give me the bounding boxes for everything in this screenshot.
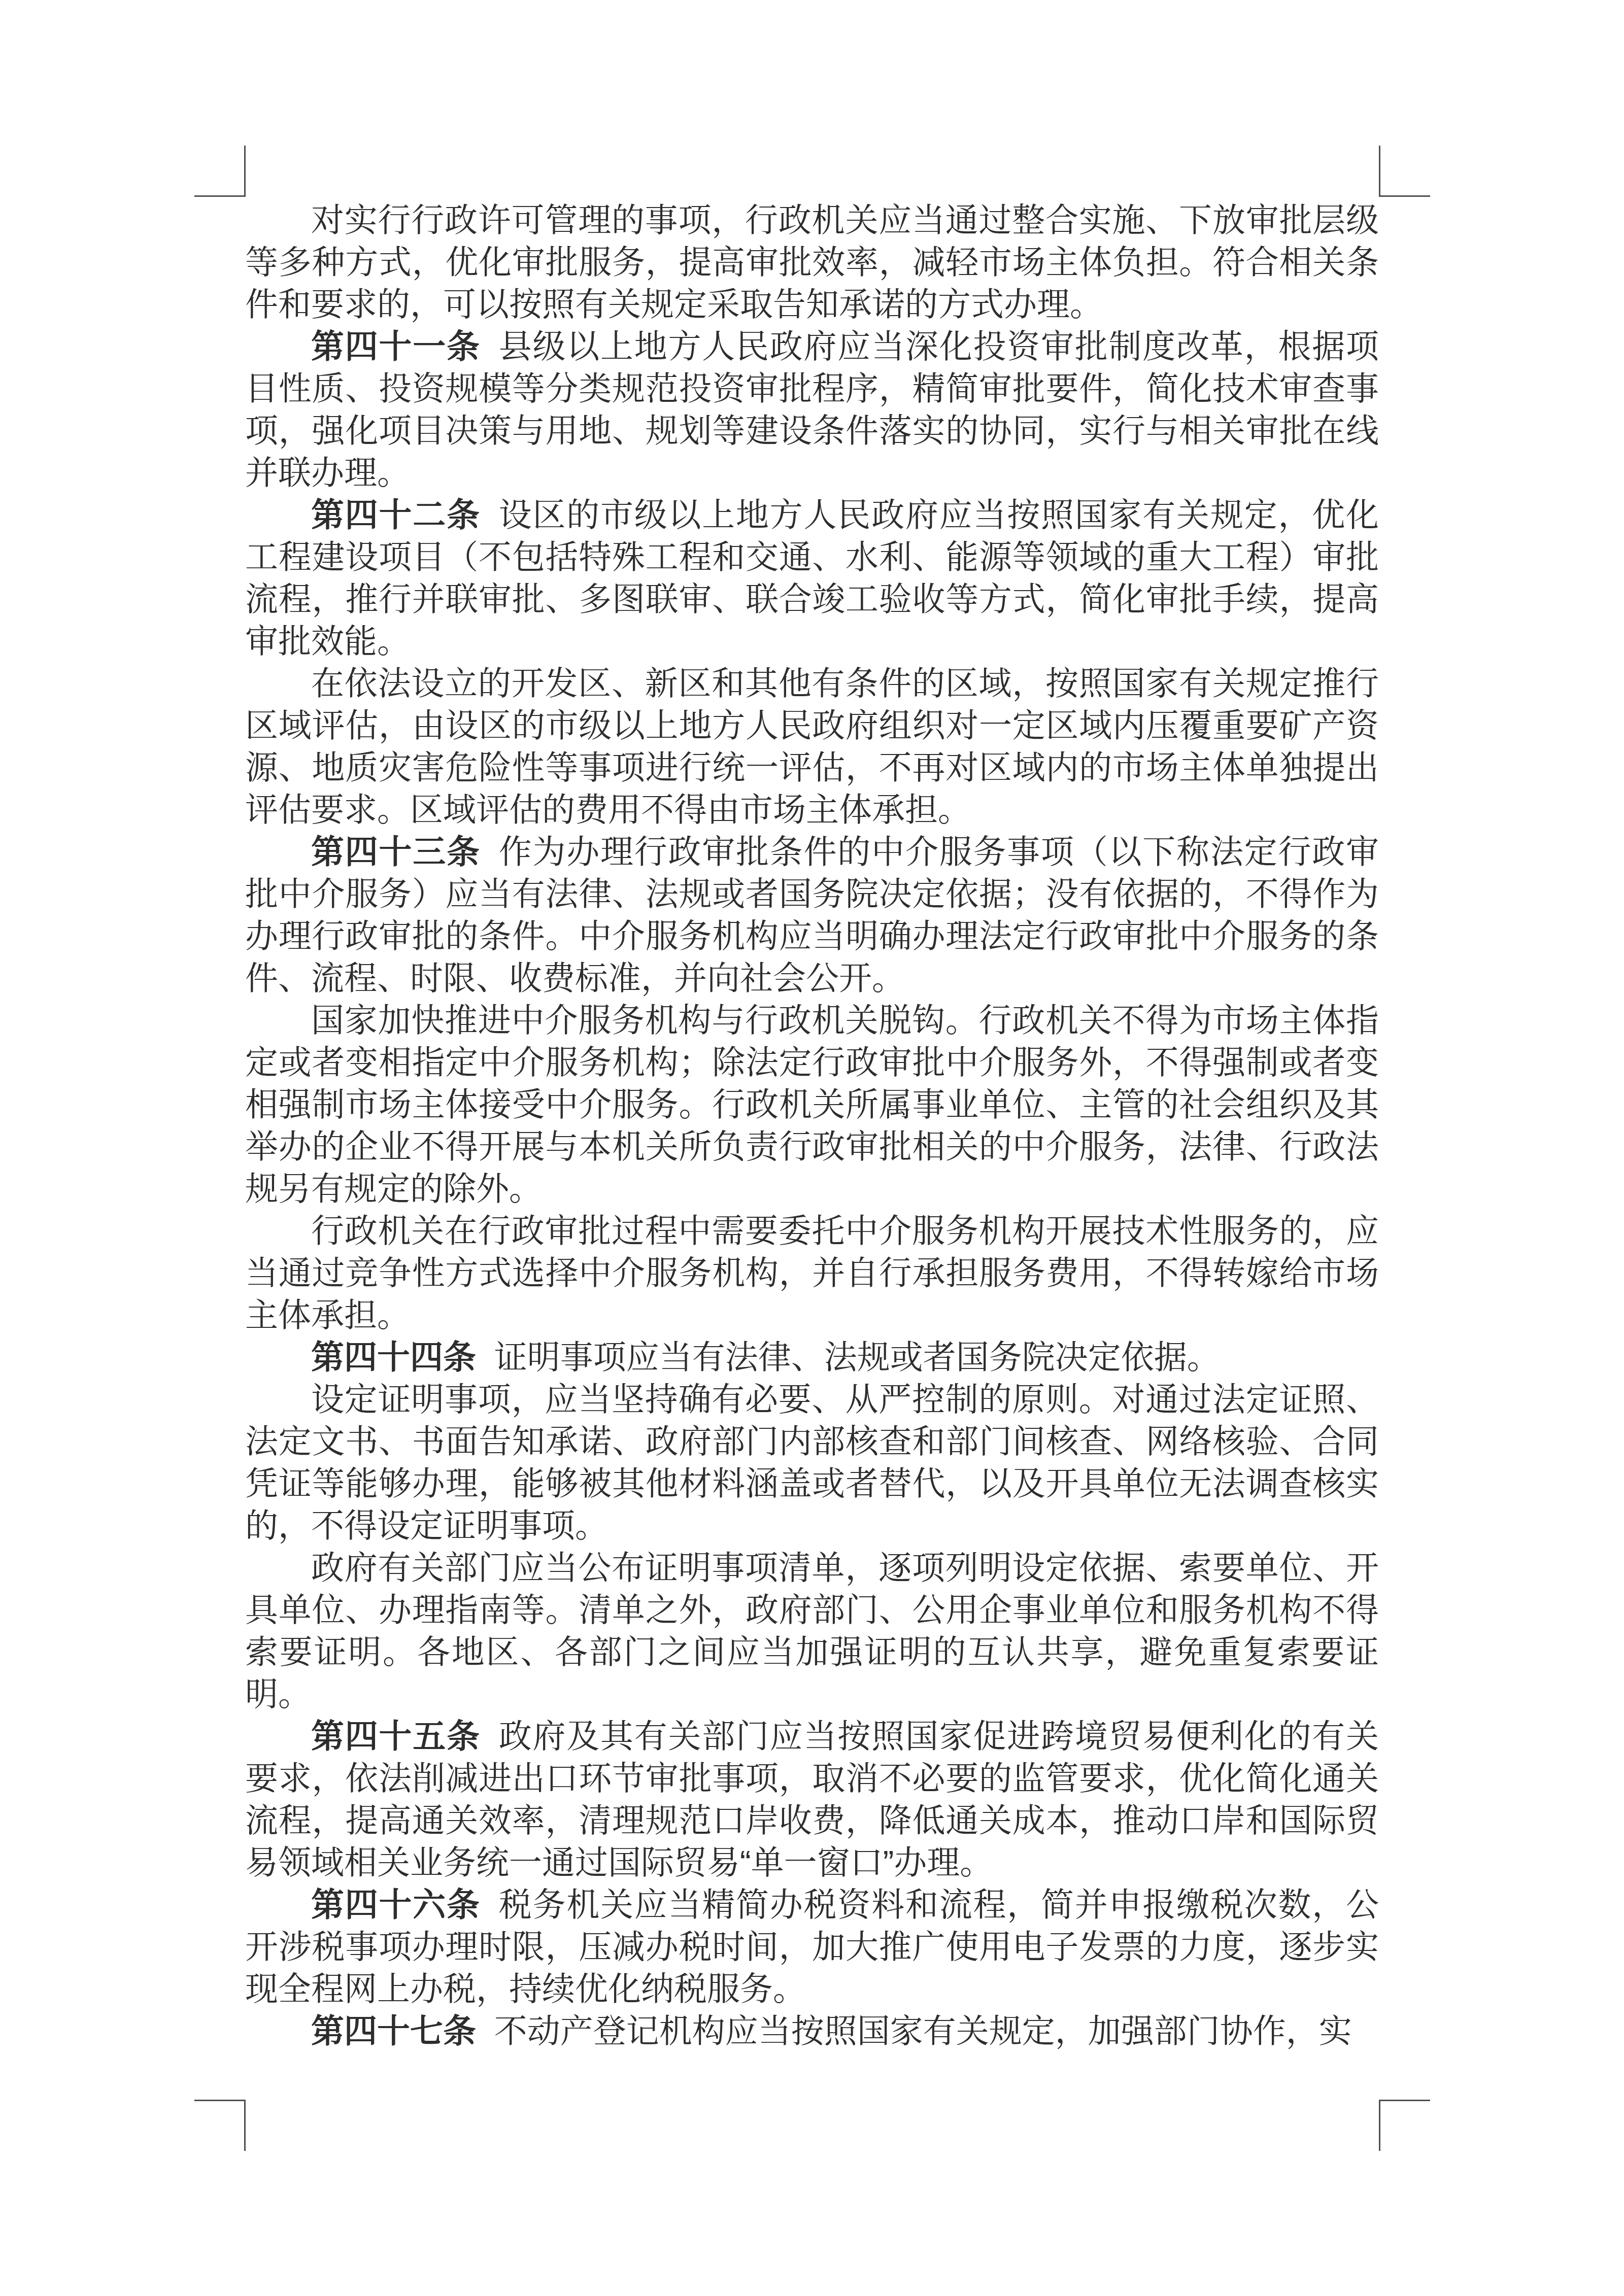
document-body: 对实行行政许可管理的事项，行政机关应当通过整合实施、下放审批层级等多种方式，优化…	[245, 199, 1379, 2052]
paragraph-text: 在依法设立的开发区、新区和其他有条件的区域，按照国家有关规定推行区域评估，由设区…	[245, 665, 1379, 828]
paragraph-text: 国家加快推进中介服务机构与行政机关脱钩。行政机关不得为市场主体指定或者变相指定中…	[245, 1002, 1379, 1207]
paragraph: 第四十三条作为办理行政审批条件的中介服务事项（以下称法定行政审批中介服务）应当有…	[245, 831, 1379, 999]
article-number: 第四十一条	[311, 328, 481, 365]
crop-mark-top-left	[194, 146, 246, 197]
paragraph: 政府有关部门应当公布证明事项清单，逐项列明设定依据、索要单位、开具单位、办理指南…	[245, 1547, 1379, 1715]
article-number: 第四十三条	[311, 833, 481, 870]
paragraph: 第四十六条税务机关应当精简办税资料和流程，简并申报缴税次数，公开涉税事项办理时限…	[245, 1883, 1379, 2010]
document-page: 对实行行政许可管理的事项，行政机关应当通过整合实施、下放审批层级等多种方式，优化…	[0, 0, 1624, 2296]
paragraph: 对实行行政许可管理的事项，行政机关应当通过整合实施、下放审批层级等多种方式，优化…	[245, 199, 1379, 325]
paragraph-text: 设定证明事项，应当坚持确有必要、从严控制的原则。对通过法定证照、法定文书、书面告…	[245, 1381, 1379, 1544]
crop-mark-top-right	[1379, 146, 1430, 197]
paragraph: 国家加快推进中介服务机构与行政机关脱钩。行政机关不得为市场主体指定或者变相指定中…	[245, 999, 1379, 1210]
paragraph: 第四十一条县级以上地方人民政府应当深化投资审批制度改革，根据项目性质、投资规模等…	[245, 325, 1379, 494]
article-number: 第四十六条	[311, 1886, 481, 1923]
paragraph-text: 行政机关在行政审批过程中需要委托中介服务机构开展技术性服务的，应当通过竞争性方式…	[245, 1212, 1379, 1333]
paragraph: 第四十七条不动产登记机构应当按照国家有关规定，加强部门协作，实	[245, 2010, 1379, 2052]
paragraph: 行政机关在行政审批过程中需要委托中介服务机构开展技术性服务的，应当通过竞争性方式…	[245, 1210, 1379, 1336]
paragraph: 第四十二条设区的市级以上地方人民政府应当按照国家有关规定，优化工程建设项目（不包…	[245, 494, 1379, 662]
article-number: 第四十四条	[311, 1339, 476, 1376]
paragraph-text: 对实行行政许可管理的事项，行政机关应当通过整合实施、下放审批层级等多种方式，优化…	[245, 201, 1379, 323]
paragraph-text: 不动产登记机构应当按照国家有关规定，加强部门协作，实	[494, 2012, 1352, 2049]
paragraph-text: 证明事项应当有法律、法规或者国务院决定依据。	[494, 1339, 1220, 1376]
crop-mark-bottom-left	[194, 2100, 246, 2151]
paragraph: 在依法设立的开发区、新区和其他有条件的区域，按照国家有关规定推行区域评估，由设区…	[245, 662, 1379, 831]
paragraph: 设定证明事项，应当坚持确有必要、从严控制的原则。对通过法定证照、法定文书、书面告…	[245, 1378, 1379, 1547]
article-number: 第四十二条	[311, 496, 481, 533]
paragraph: 第四十四条证明事项应当有法律、法规或者国务院决定依据。	[245, 1336, 1379, 1378]
crop-mark-bottom-right	[1379, 2100, 1430, 2151]
paragraph-text: 政府有关部门应当公布证明事项清单，逐项列明设定依据、索要单位、开具单位、办理指南…	[245, 1549, 1379, 1712]
paragraph: 第四十五条政府及其有关部门应当按照国家促进跨境贸易便利化的有关要求，依法削减进出…	[245, 1715, 1379, 1883]
article-number: 第四十五条	[311, 1718, 481, 1755]
article-number: 第四十七条	[311, 2012, 476, 2049]
